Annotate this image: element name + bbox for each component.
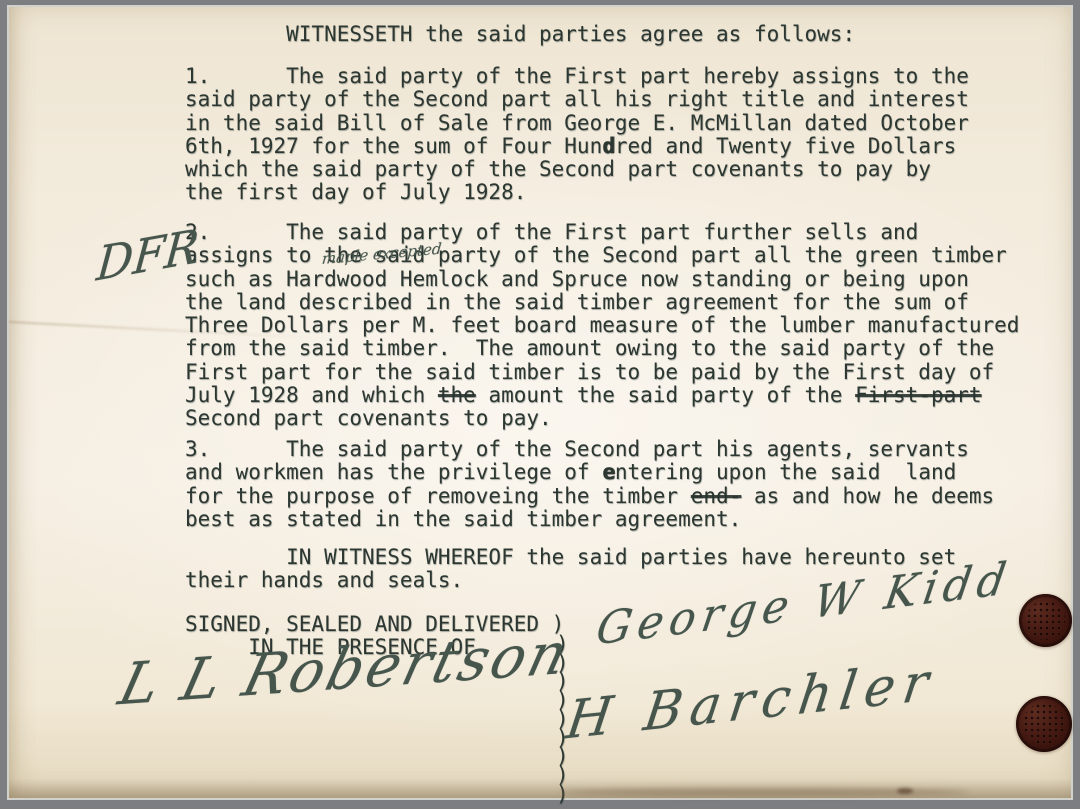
document-page: WITNESSETH the said parties agree as fol… [9,7,1071,798]
wax-seal-top [1019,594,1072,647]
typed-line: from the said timber. The amount owing t… [185,337,1019,360]
typed-line: best as stated in the said timber agreem… [185,508,994,531]
typed-line: Second part covenants to pay. [185,407,1019,430]
typed-line: WITNESSETH the said parties agree as fol… [185,23,855,46]
typed-line: the first day of July 1928. [185,181,969,204]
typed-line: said party of the Second part all his ri… [185,88,969,111]
paper-bottom-stain [9,778,1071,798]
typed-line: IN WITNESS WHEREOF the said parties have… [185,546,956,569]
clause-2: 2. The said party of the First part furt… [185,221,1019,431]
typed-line: and workmen has the privilege of enterin… [185,461,994,484]
typed-line: First part for the said timber is to be … [185,361,1019,384]
typed-line: assigns to the said party of the Second … [185,244,1019,267]
typed-line: which the said party of the Second part … [185,158,969,181]
wax-seal-bottom [1016,696,1072,752]
typed-line: the land described in the said timber ag… [185,291,1019,314]
clause-3: 3. The said party of the Second part his… [185,438,994,531]
typed-line: 1. The said party of the First part here… [185,65,969,88]
typed-line: Three Dollars per M. feet board measure … [185,314,1019,337]
typed-line: 2. The said party of the First part furt… [185,221,1019,244]
witnesseth-heading: WITNESSETH the said parties agree as fol… [185,23,855,46]
typed-line: July 1928 and which the amount the said … [185,384,1019,407]
typed-line: 6th, 1927 for the sum of Four Hundred an… [185,135,969,158]
typed-line: 3. The said party of the Second part his… [185,438,994,461]
clause-1: 1. The said party of the First part here… [185,65,969,205]
scanned-document: WITNESSETH the said parties agree as fol… [0,0,1080,809]
typed-line: such as Hardwood Hemlock and Spruce now … [185,268,1019,291]
paper-dot-smudge [897,788,913,794]
typed-line: for the purpose of removeing the timber … [185,485,994,508]
typed-line: in the said Bill of Sale from George E. … [185,112,969,135]
second-party-signature: H Barchler [563,652,940,752]
